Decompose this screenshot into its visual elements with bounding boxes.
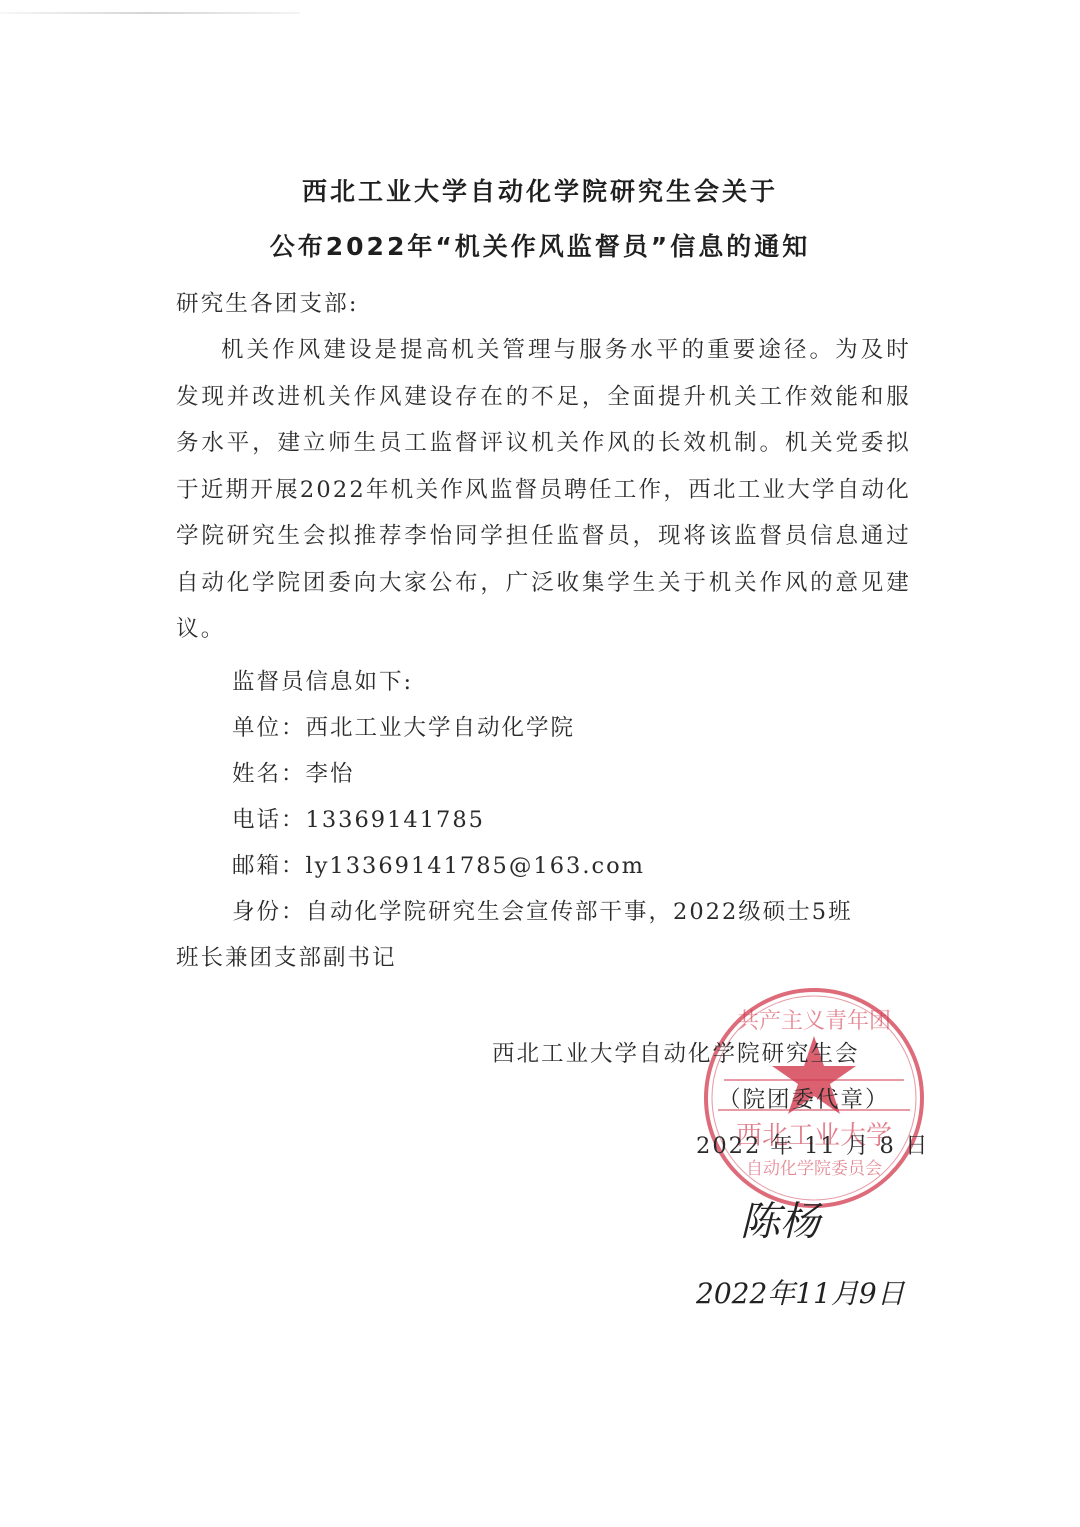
info-unit: 单位：西北工业大学自动化学院 (232, 710, 575, 742)
svg-text:自动化学院委员会: 自动化学院委员会 (746, 1159, 882, 1179)
info-name: 姓名：李怡 (232, 756, 355, 788)
document-title-line-2: 公布2022年“机关作风监督员”信息的通知 (0, 227, 1080, 263)
salutation: 研究生各团支部: (176, 286, 359, 318)
main-paragraph: 机关作风建设是提高机关管理与服务水平的重要途径。为及时发现并改进机关作风建设存在… (176, 327, 911, 653)
info-heading: 监督员信息如下: (232, 664, 413, 696)
info-email: 邮箱：ly13369141785@163.com (232, 848, 645, 880)
signature-organization: 西北工业大学自动化学院研究生会 (492, 1036, 860, 1068)
info-phone: 电话：13369141785 (232, 802, 485, 834)
scan-artifact (0, 12, 300, 14)
handwritten-date: 2022年11月9日 (696, 1272, 905, 1312)
signature-date: 2022 年 11 月 8 日 (696, 1128, 929, 1160)
info-identity-continued: 班长兼团支部副书记 (176, 940, 397, 972)
signature-note: （院团委代章） (718, 1082, 890, 1114)
document-title-line-1: 西北工业大学自动化学院研究生会关于 (0, 172, 1080, 208)
handwritten-signature: 陈杨 (740, 1190, 820, 1247)
svg-text:共产主义青年团: 共产主义青年团 (737, 1009, 891, 1034)
info-identity: 身份：自动化学院研究生会宣传部干事，2022级硕士5班 (232, 894, 853, 926)
